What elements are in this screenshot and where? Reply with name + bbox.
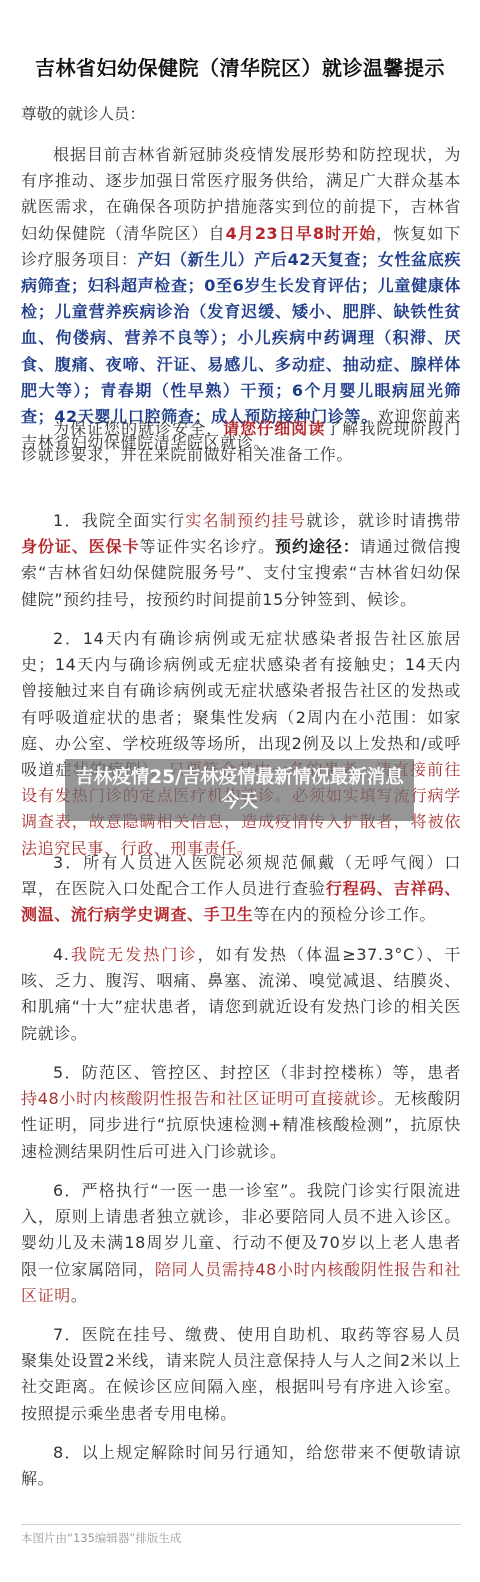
rule-item-3: 3．所有人员进入医院必须规范佩戴（无呼气阀）口罩，在医院入口处配合工作人员进行查… — [21, 850, 461, 929]
rule-bold: 预约途径： — [275, 537, 360, 556]
rule-text: 就诊，就诊时请携带 — [306, 511, 461, 530]
footer-credit: 本图片由“135编辑器”排版生成 — [21, 1530, 181, 1546]
rule-number: 3． — [53, 853, 83, 872]
rule-number: 2． — [53, 629, 83, 648]
rule-item-6: 6．严格执行“一医一患一诊室”。我院门诊实行限流进入，原则上请患者独立就诊，非必… — [21, 1178, 461, 1309]
rule-number: 5． — [53, 1063, 82, 1082]
notice-paragraph: 为保证您的就诊安全，请您仔细阅读了解我院现阶段门诊就诊要求，并在来院前做好相关准… — [21, 416, 461, 468]
rule-number: 1． — [53, 511, 82, 530]
document-page: 吉林省妇幼保健院（清华院区）就诊温馨提示 尊敬的就诊人员： 根据目前吉林省新冠肺… — [0, 0, 480, 1582]
intro-paragraph: 根据目前吉林省新冠肺炎疫情发展形势和防控现状，为有序推动、逐步加强日常医疗服务供… — [21, 142, 461, 456]
rule-number: 7． — [53, 1325, 82, 1344]
rule-item-7: 7．医院在挂号、缴费、使用自助机、取药等容易人员聚集处设置2米线，请来院人员注意… — [21, 1322, 461, 1427]
caption-text: 吉林疫情25/吉林疫情最新情况最新消息今天 — [75, 766, 405, 814]
footer-divider — [21, 1524, 461, 1525]
rule-text: 等在内的预检分诊工作。 — [253, 905, 436, 924]
rule-text: 以上规定解除时间另行通知，给您带来不便敬请谅解。 — [21, 1443, 461, 1488]
start-time-highlight: 4月23日早8时开始 — [226, 224, 377, 243]
rule-text: 。 — [71, 1286, 88, 1305]
rule-highlight: 实名制预约挂号 — [185, 511, 306, 530]
page-title: 吉林省妇幼保健院（清华院区）就诊温馨提示 — [0, 52, 480, 81]
notice-highlight: 请您仔细阅读 — [223, 419, 325, 438]
rule-highlight: 我院无发热门诊 — [69, 945, 197, 964]
rule-item-4: 4.我院无发热门诊，如有发热（体温≥37.3°C）、干咳、乏力、腹泻、咽痛、鼻塞… — [21, 942, 461, 1047]
rule-text: 防范区、管控区、封控区（非封控楼栋）等，患者 — [82, 1063, 461, 1082]
rule-text: 等证件实名诊疗。 — [140, 537, 275, 556]
rule-item-2: 2．14天内有确诊病例或无症状感染者报告社区旅居史；14天内与确诊病例或无症状感… — [21, 626, 461, 862]
rule-number: 6． — [53, 1181, 82, 1200]
notice-text: 为保证您的就诊安全， — [53, 419, 223, 438]
services-list: 产妇（新生儿）产后42天复查；女性盆底疾病筛查；妇科超声检查；0至6岁生长发育评… — [21, 250, 461, 426]
rule-text: 我院全面实行 — [82, 511, 186, 530]
rule-item-5: 5．防范区、管控区、封控区（非封控楼栋）等，患者持48小时内核酸阴性报告和社区证… — [21, 1060, 461, 1165]
greeting: 尊敬的就诊人员： — [21, 102, 145, 124]
rule-text: 14天内有确诊病例或无症状感染者报告社区旅居史；14天内与确诊病例或无症状感染者… — [21, 629, 461, 779]
rule-highlight-bold: 身份证、医保卡 — [21, 537, 140, 556]
caption-overlay: 吉林疫情25/吉林疫情最新情况最新消息今天 — [65, 759, 414, 821]
rule-number: 8． — [53, 1443, 82, 1462]
rule-text: 医院在挂号、缴费、使用自助机、取药等容易人员聚集处设置2米线，请来院人员注意保持… — [21, 1325, 461, 1423]
rule-highlight: 持48小时内核酸阴性报告和社区证明可直接就诊 — [21, 1089, 377, 1108]
rule-item-8: 8．以上规定解除时间另行通知，给您带来不便敬请谅解。 — [21, 1440, 461, 1492]
rule-number: 4. — [53, 945, 69, 964]
rule-item-1: 1．我院全面实行实名制预约挂号就诊，就诊时请携带身份证、医保卡等证件实名诊疗。预… — [21, 508, 461, 613]
